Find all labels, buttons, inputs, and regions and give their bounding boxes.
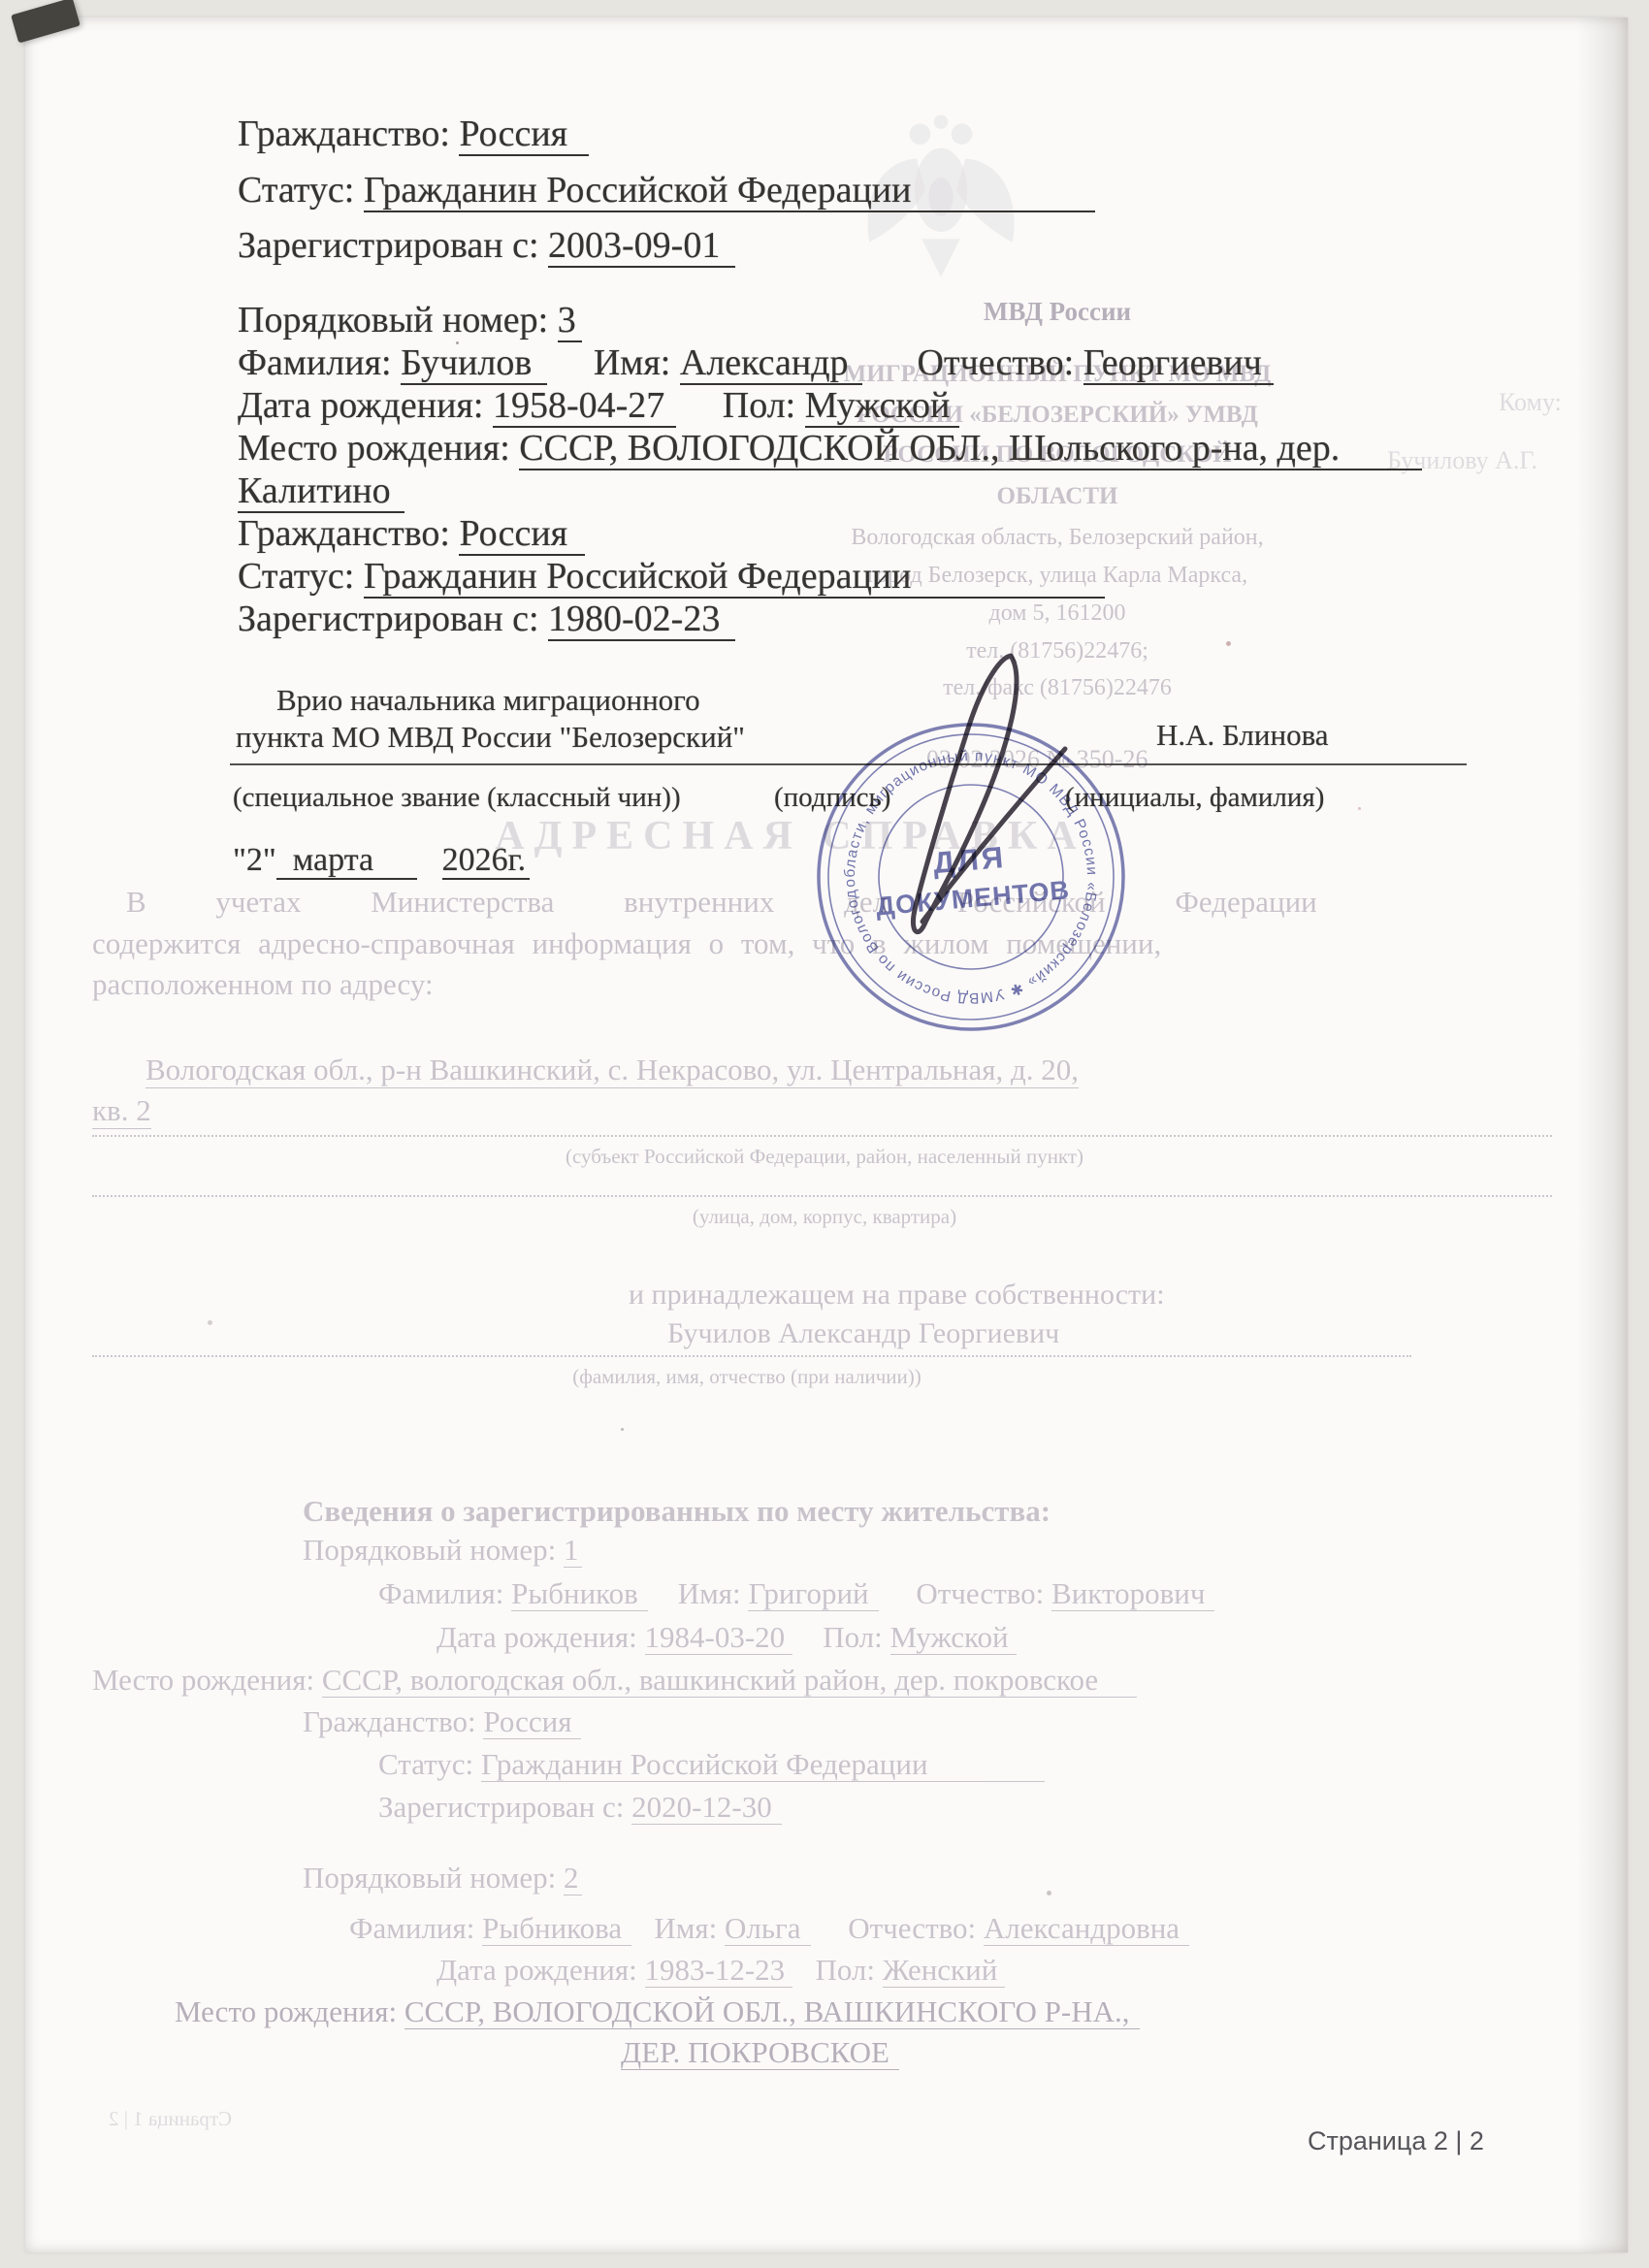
page-footer: Страница 2 | 2 (1308, 2126, 1484, 2156)
signature-ink (0, 0, 1649, 2268)
scanned-document: МВД России МИГРАЦИОННЫЙ ПУНКТ МО МВД РОС… (0, 0, 1649, 2268)
